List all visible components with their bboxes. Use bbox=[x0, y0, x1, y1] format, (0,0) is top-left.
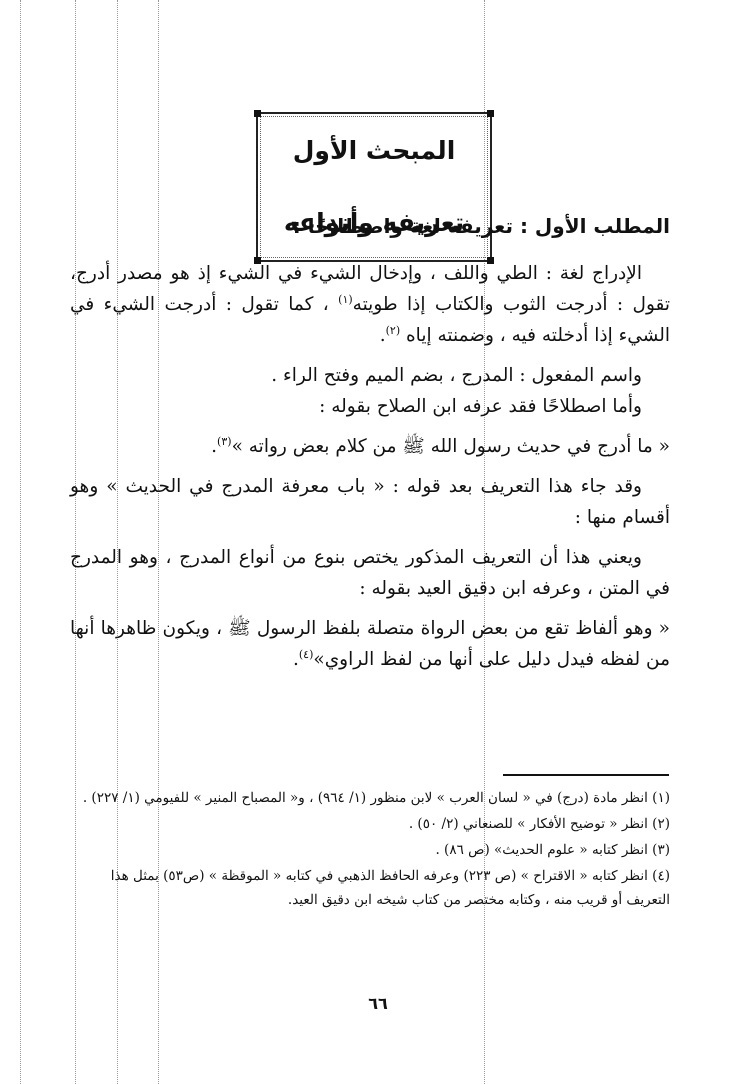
chapter-title: المبحث الأول bbox=[258, 136, 490, 165]
quote-ibn-daqiq: « وهو ألفاظ تقع من بعض الرواة متصلة بلفظ… bbox=[70, 613, 670, 675]
chapter-title-box: المبحث الأول تعريفه وأنواعه bbox=[256, 112, 492, 262]
footnote-separator bbox=[503, 774, 669, 776]
quote-ibn-salah: « ما أدرج في حديث رسول الله ﷺ من كلام بع… bbox=[70, 431, 670, 462]
footnotes: (١) انظر مادة (درج) في « لسان العرب » لا… bbox=[72, 786, 670, 914]
footnote-number: (٣) bbox=[652, 842, 670, 858]
footnote-text: انظر مادة (درج) في « لسان العرب » لابن م… bbox=[83, 790, 648, 806]
section-heading: المطلب الأول : تعريفه لغة واصطلاحًا : bbox=[293, 214, 670, 238]
paragraph-passive-participle: واسم المفعول : المدرج ، بضم الميم وفتح ا… bbox=[70, 360, 670, 391]
footnote-4: (٤) انظر كتابه « الاقتراح » (ص ٢٢٣) وعرف… bbox=[72, 864, 670, 912]
footnote-text: انظر كتابه « علوم الحديث» (ص ٨٦) . bbox=[435, 842, 647, 858]
page-number: ٦٦ bbox=[0, 994, 756, 1013]
footnote-number: (١) bbox=[652, 790, 670, 806]
scan-artifact-line bbox=[20, 0, 21, 1084]
paragraph-context: وقد جاء هذا التعريف بعد قوله : « باب معر… bbox=[70, 471, 670, 533]
footnote-text: انظر « توضيح الأفكار » للصنعاني (٢/ ٥٠) … bbox=[409, 816, 648, 832]
footnote-number: (٤) bbox=[652, 868, 670, 884]
main-text: الإدراج لغة : الطي واللف ، وإدخال الشيء … bbox=[70, 258, 670, 675]
paragraph-meaning: ويعني هذا أن التعريف المذكور يختص بنوع م… bbox=[70, 542, 670, 604]
footnote-ref[interactable]: (٣) bbox=[217, 435, 232, 448]
footnote-ref[interactable]: (١) bbox=[338, 293, 353, 306]
paragraph-linguistic-definition: الإدراج لغة : الطي واللف ، وإدخال الشيء … bbox=[70, 258, 670, 351]
paragraph-technical-intro: وأما اصطلاحًا فقد عرفه ابن الصلاح بقوله … bbox=[70, 391, 670, 422]
footnote-2: (٢) انظر « توضيح الأفكار » للصنعاني (٢/ … bbox=[72, 812, 670, 836]
footnote-1: (١) انظر مادة (درج) في « لسان العرب » لا… bbox=[72, 786, 670, 810]
corner-ornament bbox=[487, 110, 494, 117]
quote-text: « ما أدرج في حديث رسول الله ﷺ من كلام بع… bbox=[232, 436, 670, 457]
footnote-ref[interactable]: (٤) bbox=[299, 648, 314, 661]
footnote-text: انظر كتابه « الاقتراح » (ص ٢٢٣) وعرفه ال… bbox=[111, 868, 670, 908]
footnote-3: (٣) انظر كتابه « علوم الحديث» (ص ٨٦) . bbox=[72, 838, 670, 862]
footnote-ref[interactable]: (٢) bbox=[386, 324, 401, 337]
corner-ornament bbox=[254, 110, 261, 117]
quote-text: « وهو ألفاظ تقع من بعض الرواة متصلة بلفظ… bbox=[70, 618, 670, 670]
footnote-number: (٢) bbox=[652, 816, 670, 832]
